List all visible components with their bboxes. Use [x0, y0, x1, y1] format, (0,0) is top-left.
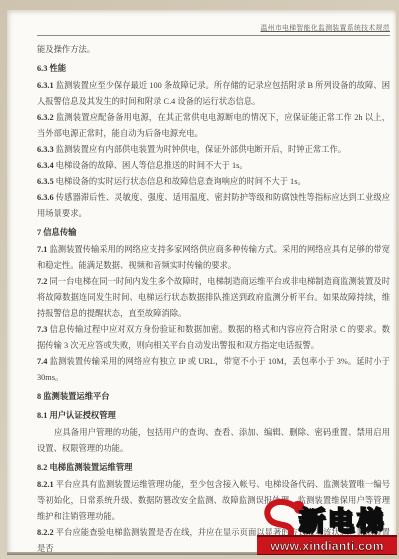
paragraph: 7.1 监测装置传输采用的网络应支持多家网络供应商多种传输方式。采用的网络应具有…: [37, 242, 390, 274]
document-page: 温州市电梯智能化监测装置系统技术规范 能及操作方法。6.3 性能6.3.1 监测…: [7, 10, 396, 555]
paragraph: 7.2 同一台电梯在同一时间内发生多个故障时，电梯制造商运维平台或非电梯制造商监…: [37, 274, 390, 322]
document-body: 能及操作方法。6.3 性能6.3.1 监测装置应至少保存最近 100 条故障记录…: [7, 36, 396, 557]
section-heading: 7 信息传输: [37, 225, 390, 241]
paragraph: 6.3.2 监测装置应配备备用电源，在其正常供电电源断电的情况下，应保证能正常工…: [37, 110, 390, 142]
watermark-logo: 新电梯 www.xindianti.com: [257, 495, 397, 557]
clause-number: 7.4: [37, 357, 50, 366]
section-heading: 6.3 性能: [37, 61, 390, 77]
brand-text: 新电梯: [299, 501, 386, 538]
paragraph: 7.3 信息传输过程中应对双方身份验证和数据加密。数据的格式和内容应符合附录 C…: [37, 322, 390, 354]
paragraph: 6.3.1 监测装置应至少保存最近 100 条故障记录。所存储的记录应包括附录 …: [37, 78, 390, 110]
clause-number: 7.1: [37, 245, 49, 254]
paragraph: 能及操作方法。: [37, 42, 390, 58]
page-header: 温州市电梯智能化监测装置系统技术规范: [7, 10, 396, 36]
url-banner: www.xindianti.com: [257, 535, 397, 555]
paragraph: 应具备用户管理的功能，包括用户的查询、查看、添加、编辑、删除、密码重置、禁用启用…: [37, 425, 390, 457]
section-heading: 8.1 用户认证授权管理: [37, 408, 390, 424]
header-title: 温州市电梯智能化监测装置系统技术规范: [37, 22, 390, 32]
paragraph: 6.3.3 监测装置应有内部供电装置为时钟供电，保证外部供电断开后，时钟正常工作…: [37, 142, 390, 158]
clause-number: 7.3: [37, 325, 50, 334]
clause-number: 6.3.1: [37, 81, 56, 90]
paragraph: 6.3.5 电梯设备的实时运行状态信息和故障信息查询响应的时间不大于 1s。: [37, 174, 390, 190]
website-url: www.xindianti.com: [270, 539, 383, 553]
clause-number: 6.3.6: [37, 193, 56, 202]
clause-number: 6.3.2: [37, 113, 56, 122]
clause-number: 6.3.5: [37, 177, 56, 186]
clause-number: 6.3.4: [37, 161, 56, 170]
clause-number: 8.2.1: [37, 480, 56, 489]
clause-number: 6.3.3: [37, 145, 56, 154]
paragraph: 7.4 监测装置传输采用的网络应有独立 IP 或 URL，带宽不小于 10M，丢…: [37, 354, 390, 386]
paragraph: 6.3.4 电梯设备的故障、困人等信息推送的时间不大于 1s。: [37, 158, 390, 174]
section-heading: 8.2 电梯监测装置运维管理: [37, 460, 390, 476]
clause-number: 7.2: [37, 277, 49, 286]
paragraph: 6.3.6 传感器滞后性、灵敏度、强度、适用温度、密封防护等级和防腐蚀性等指标应…: [37, 190, 390, 222]
clause-number: 8.2.2: [37, 528, 56, 537]
section-heading: 8 监测装置运维平台: [37, 389, 390, 405]
